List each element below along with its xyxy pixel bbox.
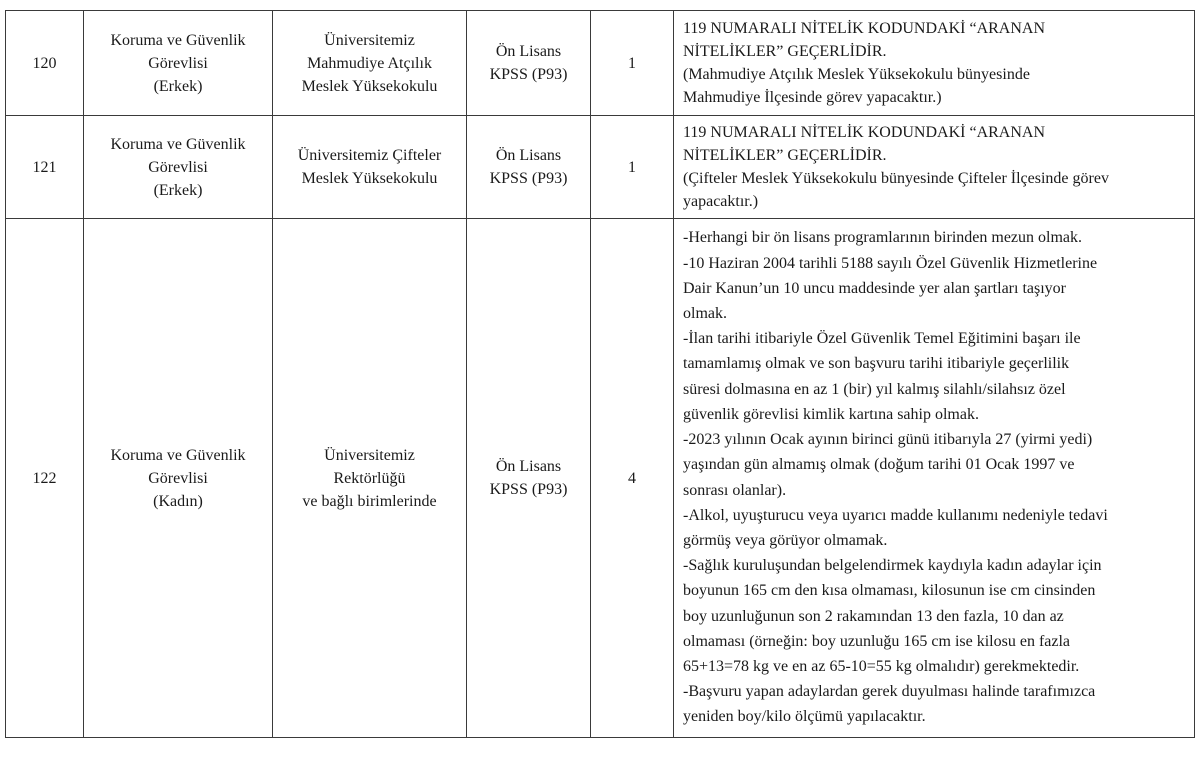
requirement-line: -Alkol, uyuşturucu veya uyarıcı madde ku… — [683, 503, 1188, 528]
requirement-line: olmaması (örneğin: boy uzunluğu 165 cm i… — [683, 629, 1188, 654]
requirement-line: -Herhangi bir ön lisans programlarının b… — [683, 225, 1188, 250]
requirement-line: boy uzunluğunun son 2 rakamından 13 den … — [683, 604, 1188, 629]
requirement-line: 119 NUMARALI NİTELİK KODUNDAKİ “ARANAN — [683, 17, 1188, 40]
requirement-line: (Çifteler Meslek Yüksekokulu bünyesinde … — [683, 167, 1188, 190]
position-title-line: Görevlisi — [84, 52, 272, 75]
position-title-line: Görevlisi — [84, 467, 272, 490]
position-title-line: Koruma ve Güvenlik — [84, 133, 272, 156]
position-code: 122 — [33, 470, 57, 487]
unit-line: Mahmudiye Atçılık — [273, 52, 466, 75]
unit-line: Meslek Yüksekokulu — [273, 75, 466, 98]
unit-line: ve bağlı birimlerinde — [273, 490, 466, 513]
positions-table: 120 Koruma ve Güvenlik Görevlisi (Erkek)… — [5, 10, 1195, 738]
requirement-line: NİTELİKLER” GEÇERLİDİR. — [683, 40, 1188, 63]
requirement-line: yapacaktır.) — [683, 190, 1188, 213]
requirement-line: görmüş veya görüyor olmamak. — [683, 528, 1188, 553]
requirement-line: sonrası olanlar). — [683, 478, 1188, 503]
requirements-cell: 119 NUMARALI NİTELİK KODUNDAKİ “ARANAN N… — [674, 116, 1195, 219]
position-title-line: Koruma ve Güvenlik — [84, 29, 272, 52]
exam-score-type: KPSS (P93) — [467, 478, 590, 501]
position-title-cell: Koruma ve Güvenlik Görevlisi (Kadın) — [84, 219, 273, 738]
count-cell: 4 — [591, 219, 674, 738]
requirements-text: -Herhangi bir ön lisans programlarının b… — [683, 224, 1188, 731]
position-title-line: (Kadın) — [84, 490, 272, 513]
count-cell: 1 — [591, 11, 674, 116]
unit-line: Üniversitemiz Çifteler — [273, 144, 466, 167]
position-count: 1 — [628, 55, 636, 72]
education-cell: Ön Lisans KPSS (P93) — [467, 11, 591, 116]
education-level: Ön Lisans — [467, 40, 590, 63]
requirement-line: -İlan tarihi itibariyle Özel Güvenlik Te… — [683, 326, 1188, 351]
requirements-cell: -Herhangi bir ön lisans programlarının b… — [674, 219, 1195, 738]
requirement-line: -Başvuru yapan adaylardan gerek duyulmas… — [683, 679, 1188, 704]
table-row: 122 Koruma ve Güvenlik Görevlisi (Kadın)… — [6, 219, 1195, 738]
requirement-line: yeniden boy/kilo ölçümü yapılacaktır. — [683, 704, 1188, 729]
unit-line: Üniversitemiz — [273, 444, 466, 467]
position-title-line: Koruma ve Güvenlik — [84, 444, 272, 467]
requirement-line: 65+13=78 kg ve en az 65-10=55 kg olmalıd… — [683, 654, 1188, 679]
education-cell: Ön Lisans KPSS (P93) — [467, 116, 591, 219]
requirement-line: 119 NUMARALI NİTELİK KODUNDAKİ “ARANAN — [683, 121, 1188, 144]
table-row: 120 Koruma ve Güvenlik Görevlisi (Erkek)… — [6, 11, 1195, 116]
position-code: 121 — [33, 159, 57, 176]
position-code-cell: 120 — [6, 11, 84, 116]
requirement-line: yaşından gün almamış olmak (doğum tarihi… — [683, 452, 1188, 477]
requirement-line: boyunun 165 cm den kısa olmaması, kilosu… — [683, 578, 1188, 603]
unit-line: Meslek Yüksekokulu — [273, 167, 466, 190]
unit-cell: Üniversitemiz Mahmudiye Atçılık Meslek Y… — [273, 11, 467, 116]
count-cell: 1 — [591, 116, 674, 219]
exam-score-type: KPSS (P93) — [467, 167, 590, 190]
unit-line: Üniversitemiz — [273, 29, 466, 52]
requirement-line: olmak. — [683, 301, 1188, 326]
requirements-text: 119 NUMARALI NİTELİK KODUNDAKİ “ARANAN N… — [683, 16, 1188, 111]
position-title-cell: Koruma ve Güvenlik Görevlisi (Erkek) — [84, 116, 273, 219]
requirement-line: -Sağlık kuruluşundan belgelendirmek kayd… — [683, 553, 1188, 578]
requirement-line: Mahmudiye İlçesinde görev yapacaktır.) — [683, 86, 1188, 109]
requirement-line: güvenlik görevlisi kimlik kartına sahip … — [683, 402, 1188, 427]
unit-cell: Üniversitemiz Çifteler Meslek Yüksekokul… — [273, 116, 467, 219]
requirement-line: süresi dolmasına en az 1 (bir) yıl kalmı… — [683, 377, 1188, 402]
position-count: 1 — [628, 159, 636, 176]
requirement-line: -2023 yılının Ocak ayının birinci günü i… — [683, 427, 1188, 452]
education-level: Ön Lisans — [467, 455, 590, 478]
position-title-cell: Koruma ve Güvenlik Görevlisi (Erkek) — [84, 11, 273, 116]
requirements-cell: 119 NUMARALI NİTELİK KODUNDAKİ “ARANAN N… — [674, 11, 1195, 116]
position-code-cell: 121 — [6, 116, 84, 219]
position-code-cell: 122 — [6, 219, 84, 738]
requirements-text: 119 NUMARALI NİTELİK KODUNDAKİ “ARANAN N… — [683, 120, 1188, 215]
position-title-line: Görevlisi — [84, 156, 272, 179]
unit-cell: Üniversitemiz Rektörlüğü ve bağlı biriml… — [273, 219, 467, 738]
requirement-line: NİTELİKLER” GEÇERLİDİR. — [683, 144, 1188, 167]
position-title-line: (Erkek) — [84, 75, 272, 98]
position-count: 4 — [628, 470, 636, 487]
education-level: Ön Lisans — [467, 144, 590, 167]
requirement-line: -10 Haziran 2004 tarihli 5188 sayılı Öze… — [683, 251, 1188, 276]
requirement-line: (Mahmudiye Atçılık Meslek Yüksekokulu bü… — [683, 63, 1188, 86]
table-row: 121 Koruma ve Güvenlik Görevlisi (Erkek)… — [6, 116, 1195, 219]
exam-score-type: KPSS (P93) — [467, 63, 590, 86]
requirement-line: Dair Kanun’un 10 uncu maddesinde yer ala… — [683, 276, 1188, 301]
position-code: 120 — [33, 55, 57, 72]
requirement-line: tamamlamış olmak ve son başvuru tarihi i… — [683, 351, 1188, 376]
position-title-line: (Erkek) — [84, 179, 272, 202]
education-cell: Ön Lisans KPSS (P93) — [467, 219, 591, 738]
unit-line: Rektörlüğü — [273, 467, 466, 490]
